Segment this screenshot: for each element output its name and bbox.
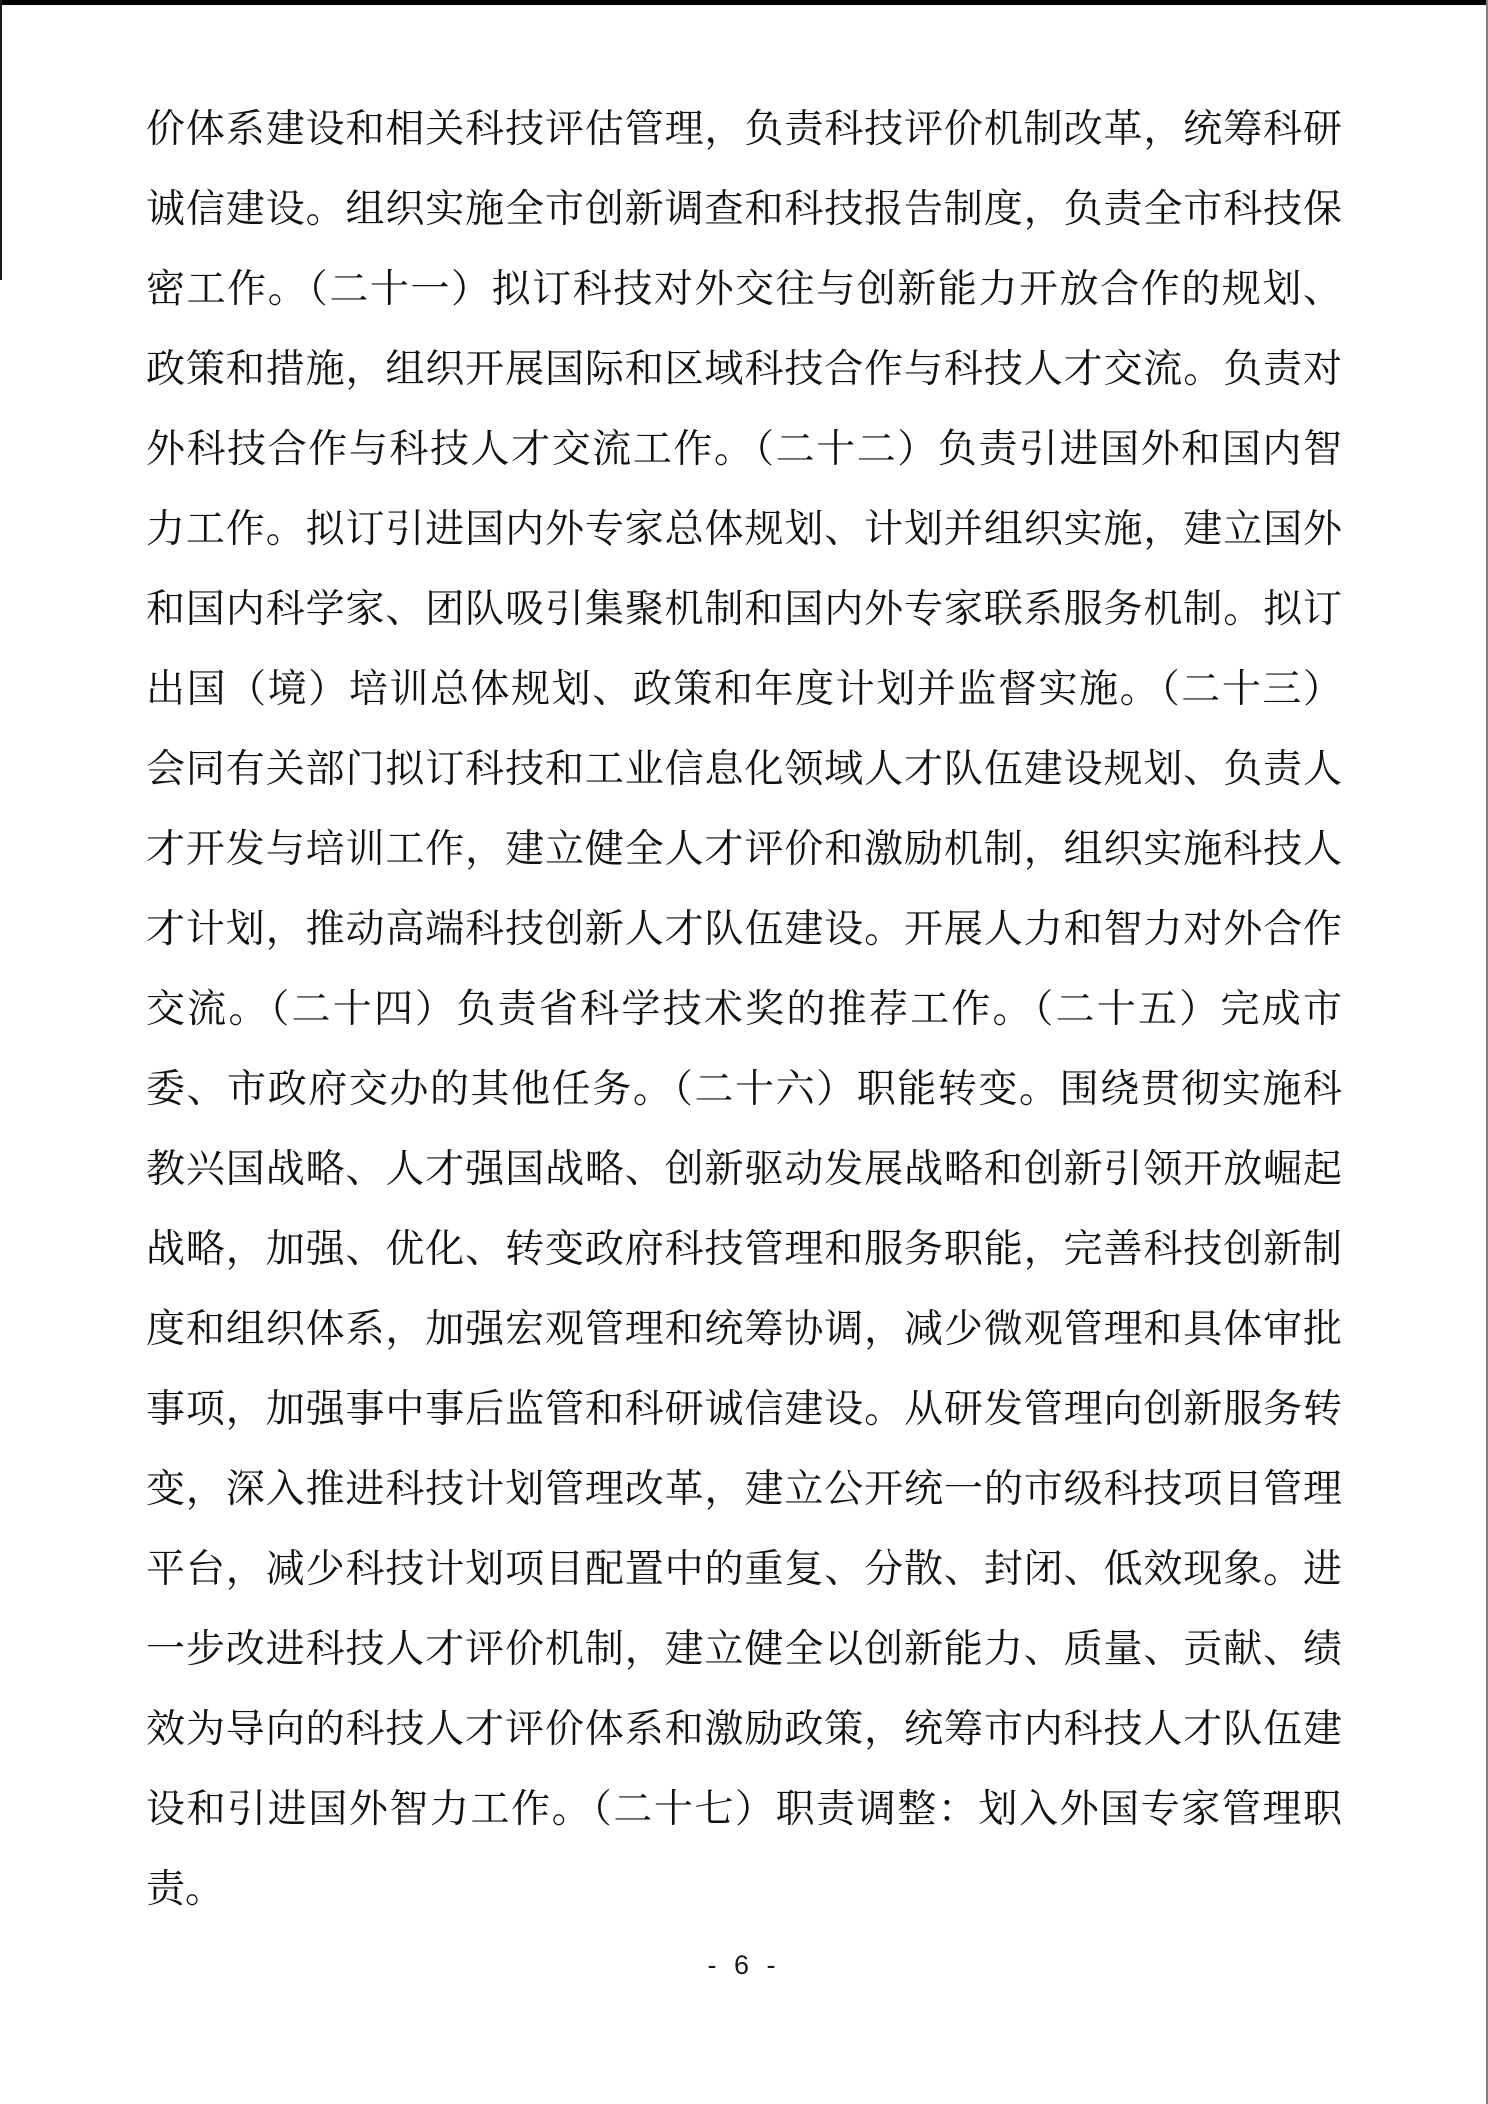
page-number: - 6 - [0, 1945, 1488, 1985]
text-line: 密工作。（二十一）拟订科技对外交往与创新能力开放合作的规划、 [146, 250, 1342, 330]
text-paragraph: 价体系建设和相关科技评估管理，负责科技评价机制改革，统筹科研诚信建设。组织实施全… [146, 90, 1342, 1930]
text-line: 事项，加强事中事后监管和科研诚信建设。从研发管理向创新服务转 [146, 1370, 1342, 1450]
text-line: 诚信建设。组织实施全市创新调查和科技报告制度，负责全市科技保 [146, 170, 1342, 250]
text-line: 力工作。拟订引进国内外专家总体规划、计划并组织实施，建立国外 [146, 490, 1342, 570]
text-line: 平台，减少科技计划项目配置中的重复、分散、封闭、低效现象。进 [146, 1530, 1342, 1610]
scan-edge-left [0, 0, 2, 280]
document-page: 价体系建设和相关科技评估管理，负责科技评价机制改革，统筹科研诚信建设。组织实施全… [0, 0, 1488, 2104]
text-line: 交流。（二十四）负责省科学技术奖的推荐工作。（二十五）完成市 [146, 970, 1342, 1050]
text-line: 外科技合作与科技人才交流工作。（二十二）负责引进国外和国内智 [146, 410, 1342, 490]
scan-edge-top [0, 0, 1488, 5]
text-line: 效为导向的科技人才评价体系和激励政策，统筹市内科技人才队伍建 [146, 1690, 1342, 1770]
text-line: 变，深入推进科技计划管理改革，建立公开统一的市级科技项目管理 [146, 1450, 1342, 1530]
text-line: 委、市政府交办的其他任务。（二十六）职能转变。围绕贯彻实施科 [146, 1050, 1342, 1130]
text-line: 出国（境）培训总体规划、政策和年度计划并监督实施。（二十三） [146, 650, 1342, 730]
text-line: 战略，加强、优化、转变政府科技管理和服务职能，完善科技创新制 [146, 1210, 1342, 1290]
text-line: 责。 [146, 1850, 1342, 1930]
text-line: 价体系建设和相关科技评估管理，负责科技评价机制改革，统筹科研 [146, 90, 1342, 170]
text-line: 设和引进国外智力工作。（二十七）职责调整：划入外国专家管理职 [146, 1770, 1342, 1850]
text-line: 度和组织体系，加强宏观管理和统筹协调，减少微观管理和具体审批 [146, 1290, 1342, 1370]
text-line: 会同有关部门拟订科技和工业信息化领域人才队伍建设规划、负责人 [146, 730, 1342, 810]
text-line: 才开发与培训工作，建立健全人才评价和激励机制，组织实施科技人 [146, 810, 1342, 890]
text-line: 和国内科学家、团队吸引集聚机制和国内外专家联系服务机制。拟订 [146, 570, 1342, 650]
text-line: 才计划，推动高端科技创新人才队伍建设。开展人力和智力对外合作 [146, 890, 1342, 970]
text-line: 政策和措施，组织开展国际和区域科技合作与科技人才交流。负责对 [146, 330, 1342, 410]
text-line: 教兴国战略、人才强国战略、创新驱动发展战略和创新引领开放崛起 [146, 1130, 1342, 1210]
text-line: 一步改进科技人才评价机制，建立健全以创新能力、质量、贡献、绩 [146, 1610, 1342, 1690]
